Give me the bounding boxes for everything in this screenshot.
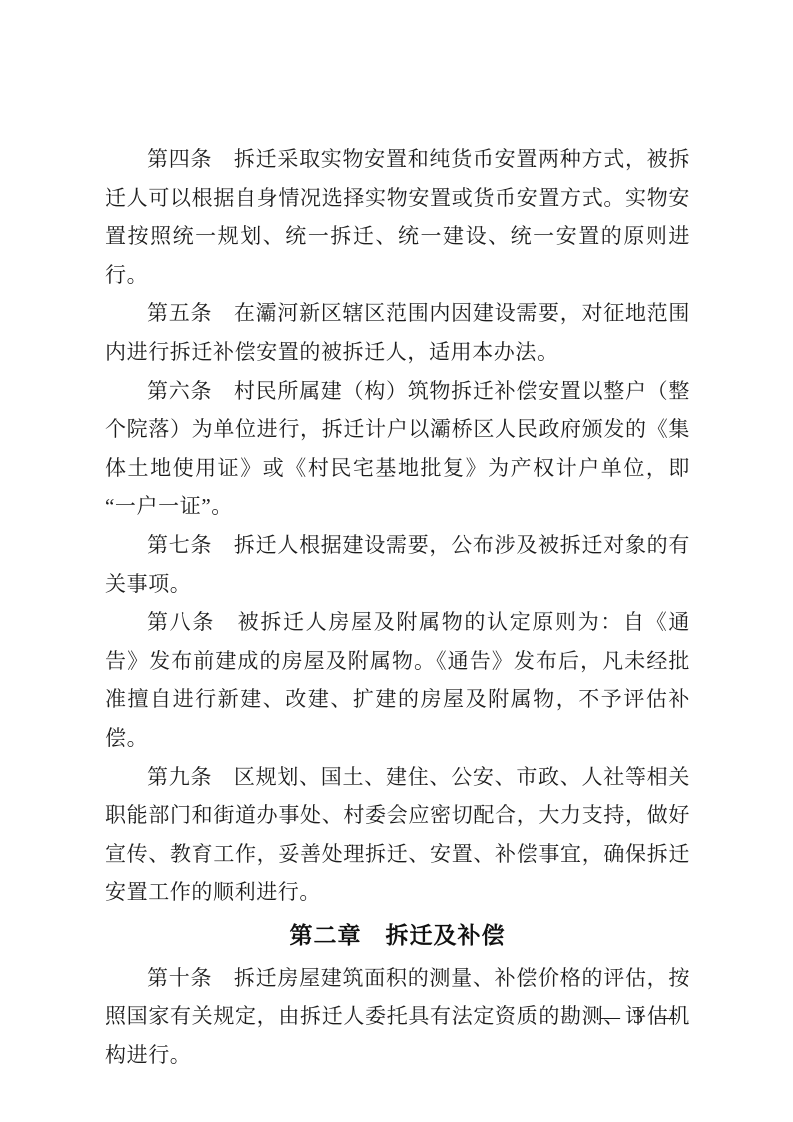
article-5-paragraph: 第五条 在灞河新区辖区范围内因建设需要，对征地范围内进行拆迁补偿安置的被拆迁人，… [105, 294, 690, 371]
article-7-paragraph: 第七条 拆迁人根据建设需要，公布涉及被拆迁对象的有关事项。 [105, 526, 690, 603]
document-body: 第四条 拆迁采取实物安置和纯货币安置两种方式，被拆迁人可以根据自身情况选择实物安… [105, 140, 690, 1075]
document-page: 第四条 拆迁采取实物安置和纯货币安置两种方式，被拆迁人可以根据自身情况选择实物安… [0, 0, 793, 1122]
article-6-paragraph: 第六条 村民所属建（构）筑物拆迁补偿安置以整户（整个院落）为单位进行，拆迁计户以… [105, 372, 690, 526]
article-8-paragraph: 第八条 被拆迁人房屋及附属物的认定原则为：自《通告》发布前建成的房屋及附属物。《… [105, 603, 690, 757]
article-4-paragraph: 第四条 拆迁采取实物安置和纯货币安置两种方式，被拆迁人可以根据自身情况选择实物安… [105, 140, 690, 294]
page-number: — 3 — [600, 1006, 680, 1029]
article-9-paragraph: 第九条 区规划、国土、建住、公安、市政、人社等相关职能部门和街道办事处、村委会应… [105, 758, 690, 912]
chapter-2-heading: 第二章 拆迁及补偿 [105, 915, 690, 955]
